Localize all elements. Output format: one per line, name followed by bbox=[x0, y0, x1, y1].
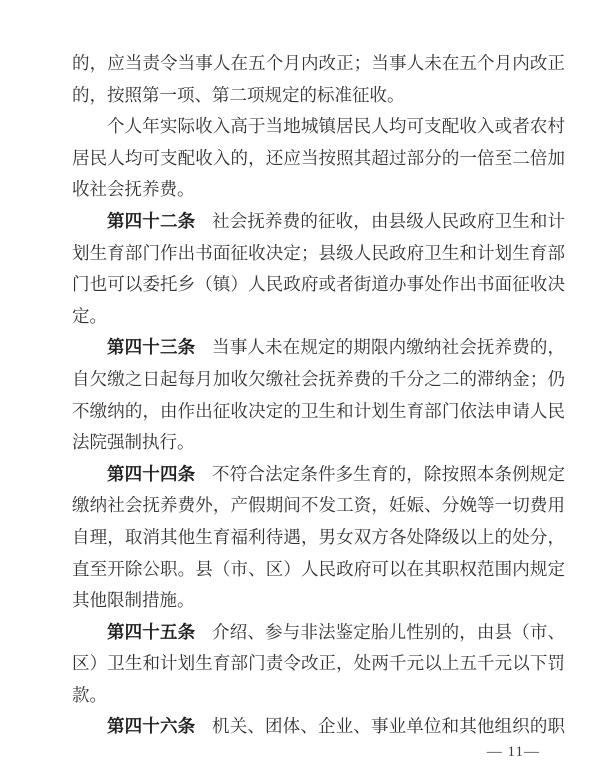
text-line: 划生育部门作出书面征收决定；县级人民政府卫生和计划生育部 bbox=[72, 238, 565, 270]
line-text: 自欠缴之日起每月加收欠缴社会抚养费的千分之二的滞纳金；仍 bbox=[72, 369, 565, 389]
line-text: 款。 bbox=[72, 685, 107, 705]
text-line: 个人年实际收入高于当地城镇居民人均可支配收入或者农村 bbox=[72, 111, 565, 143]
scanned-page: 的，应当责令当事人在五个月内改正；当事人未在五个月内改正的，按照第一项、第二项规… bbox=[0, 0, 612, 768]
paragraph: 个人年实际收入高于当地城镇居民人均可支配收入或者农村居民人均可支配收入的，还应当… bbox=[72, 111, 565, 206]
paragraph: 的，应当责令当事人在五个月内改正；当事人未在五个月内改正的，按照第一项、第二项规… bbox=[72, 48, 565, 111]
line-text: 收社会抚养费。 bbox=[72, 179, 195, 199]
paragraph: 第四十三条当事人未在规定的期限内缴纳社会抚养费的，自欠缴之日起每月加收欠缴社会抚… bbox=[72, 332, 565, 458]
paragraph: 第四十六条机关、团体、企业、事业单位和其他组织的职 bbox=[72, 711, 565, 743]
line-text: 当事人未在规定的期限内缴纳社会抚养费的， bbox=[212, 337, 565, 357]
text-line: 定。 bbox=[72, 301, 565, 333]
line-text: 缴纳社会抚养费外，产假期间不发工资，妊娠、分娩等一切费用 bbox=[72, 495, 565, 515]
line-text: 社会抚养费的征收，由县级人民政府卫生和计 bbox=[212, 211, 565, 231]
paragraph: 第四十二条社会抚养费的征收，由县级人民政府卫生和计划生育部门作出书面征收决定；县… bbox=[72, 206, 565, 332]
article-number: 第四十二条 bbox=[107, 211, 195, 231]
text-line: 第四十五条介绍、参与非法鉴定胎儿性别的，由县（市、 bbox=[72, 617, 565, 649]
document-body: 的，应当责令当事人在五个月内改正；当事人未在五个月内改正的，按照第一项、第二项规… bbox=[72, 48, 565, 743]
text-line: 其他限制措施。 bbox=[72, 585, 565, 617]
text-line: 的，应当责令当事人在五个月内改正；当事人未在五个月内改正 bbox=[72, 48, 565, 80]
line-text: 不缴纳的，由作出征收决定的卫生和计划生育部门依法申请人民 bbox=[72, 401, 565, 421]
line-text: 居民人均可支配收入的，还应当按照其超过部分的一倍至二倍加 bbox=[72, 148, 565, 168]
line-text: 区）卫生和计划生育部门责令改正，处两千元以上五千元以下罚 bbox=[72, 653, 565, 673]
text-line: 门也可以委托乡（镇）人民政府或者街道办事处作出书面征收决 bbox=[72, 269, 565, 301]
line-text: 介绍、参与非法鉴定胎儿性别的，由县（市、 bbox=[212, 622, 565, 642]
text-line: 缴纳社会抚养费外，产假期间不发工资，妊娠、分娩等一切费用 bbox=[72, 490, 565, 522]
article-number: 第四十六条 bbox=[107, 716, 195, 736]
text-line: 自理，取消其他生育福利待遇，男女双方各处降级以上的处分， bbox=[72, 522, 565, 554]
text-line: 直至开除公职。县（市、区）人民政府可以在其职权范围内规定 bbox=[72, 554, 565, 586]
paragraph: 第四十五条介绍、参与非法鉴定胎儿性别的，由县（市、区）卫生和计划生育部门责令改正… bbox=[72, 617, 565, 712]
line-text: 划生育部门作出书面征收决定；县级人民政府卫生和计划生育部 bbox=[72, 243, 565, 263]
text-line: 第四十三条当事人未在规定的期限内缴纳社会抚养费的， bbox=[72, 332, 565, 364]
line-text: 法院强制执行。 bbox=[72, 432, 195, 452]
text-line: 自欠缴之日起每月加收欠缴社会抚养费的千分之二的滞纳金；仍 bbox=[72, 364, 565, 396]
text-line: 法院强制执行。 bbox=[72, 427, 565, 459]
text-line: 不缴纳的，由作出征收决定的卫生和计划生育部门依法申请人民 bbox=[72, 396, 565, 428]
text-line: 收社会抚养费。 bbox=[72, 174, 565, 206]
text-line: 第四十二条社会抚养费的征收，由县级人民政府卫生和计 bbox=[72, 206, 565, 238]
line-text: 的，按照第一项、第二项规定的标准征收。 bbox=[72, 85, 405, 105]
line-text: 门也可以委托乡（镇）人民政府或者街道办事处作出书面征收决 bbox=[72, 274, 565, 294]
text-line: 区）卫生和计划生育部门责令改正，处两千元以上五千元以下罚 bbox=[72, 648, 565, 680]
text-line: 居民人均可支配收入的，还应当按照其超过部分的一倍至二倍加 bbox=[72, 143, 565, 175]
article-number: 第四十三条 bbox=[107, 337, 195, 357]
text-line: 款。 bbox=[72, 680, 565, 712]
text-line: 第四十四条不符合法定条件多生育的，除按照本条例规定 bbox=[72, 459, 565, 491]
article-number: 第四十五条 bbox=[107, 622, 195, 642]
line-text: 的，应当责令当事人在五个月内改正；当事人未在五个月内改正 bbox=[72, 53, 565, 73]
line-text: 自理，取消其他生育福利待遇，男女双方各处降级以上的处分， bbox=[72, 527, 565, 547]
paragraph: 第四十四条不符合法定条件多生育的，除按照本条例规定缴纳社会抚养费外，产假期间不发… bbox=[72, 459, 565, 617]
page-number: — 11— bbox=[487, 744, 540, 760]
line-text: 定。 bbox=[72, 306, 107, 326]
line-text: 不符合法定条件多生育的，除按照本条例规定 bbox=[212, 464, 565, 484]
line-text: 机关、团体、企业、事业单位和其他组织的职 bbox=[212, 716, 565, 736]
line-text: 其他限制措施。 bbox=[72, 590, 195, 610]
text-line: 的，按照第一项、第二项规定的标准征收。 bbox=[72, 80, 565, 112]
article-number: 第四十四条 bbox=[107, 464, 195, 484]
line-text: 个人年实际收入高于当地城镇居民人均可支配收入或者农村 bbox=[107, 116, 565, 136]
line-text: 直至开除公职。县（市、区）人民政府可以在其职权范围内规定 bbox=[72, 559, 565, 579]
text-line: 第四十六条机关、团体、企业、事业单位和其他组织的职 bbox=[72, 711, 565, 743]
